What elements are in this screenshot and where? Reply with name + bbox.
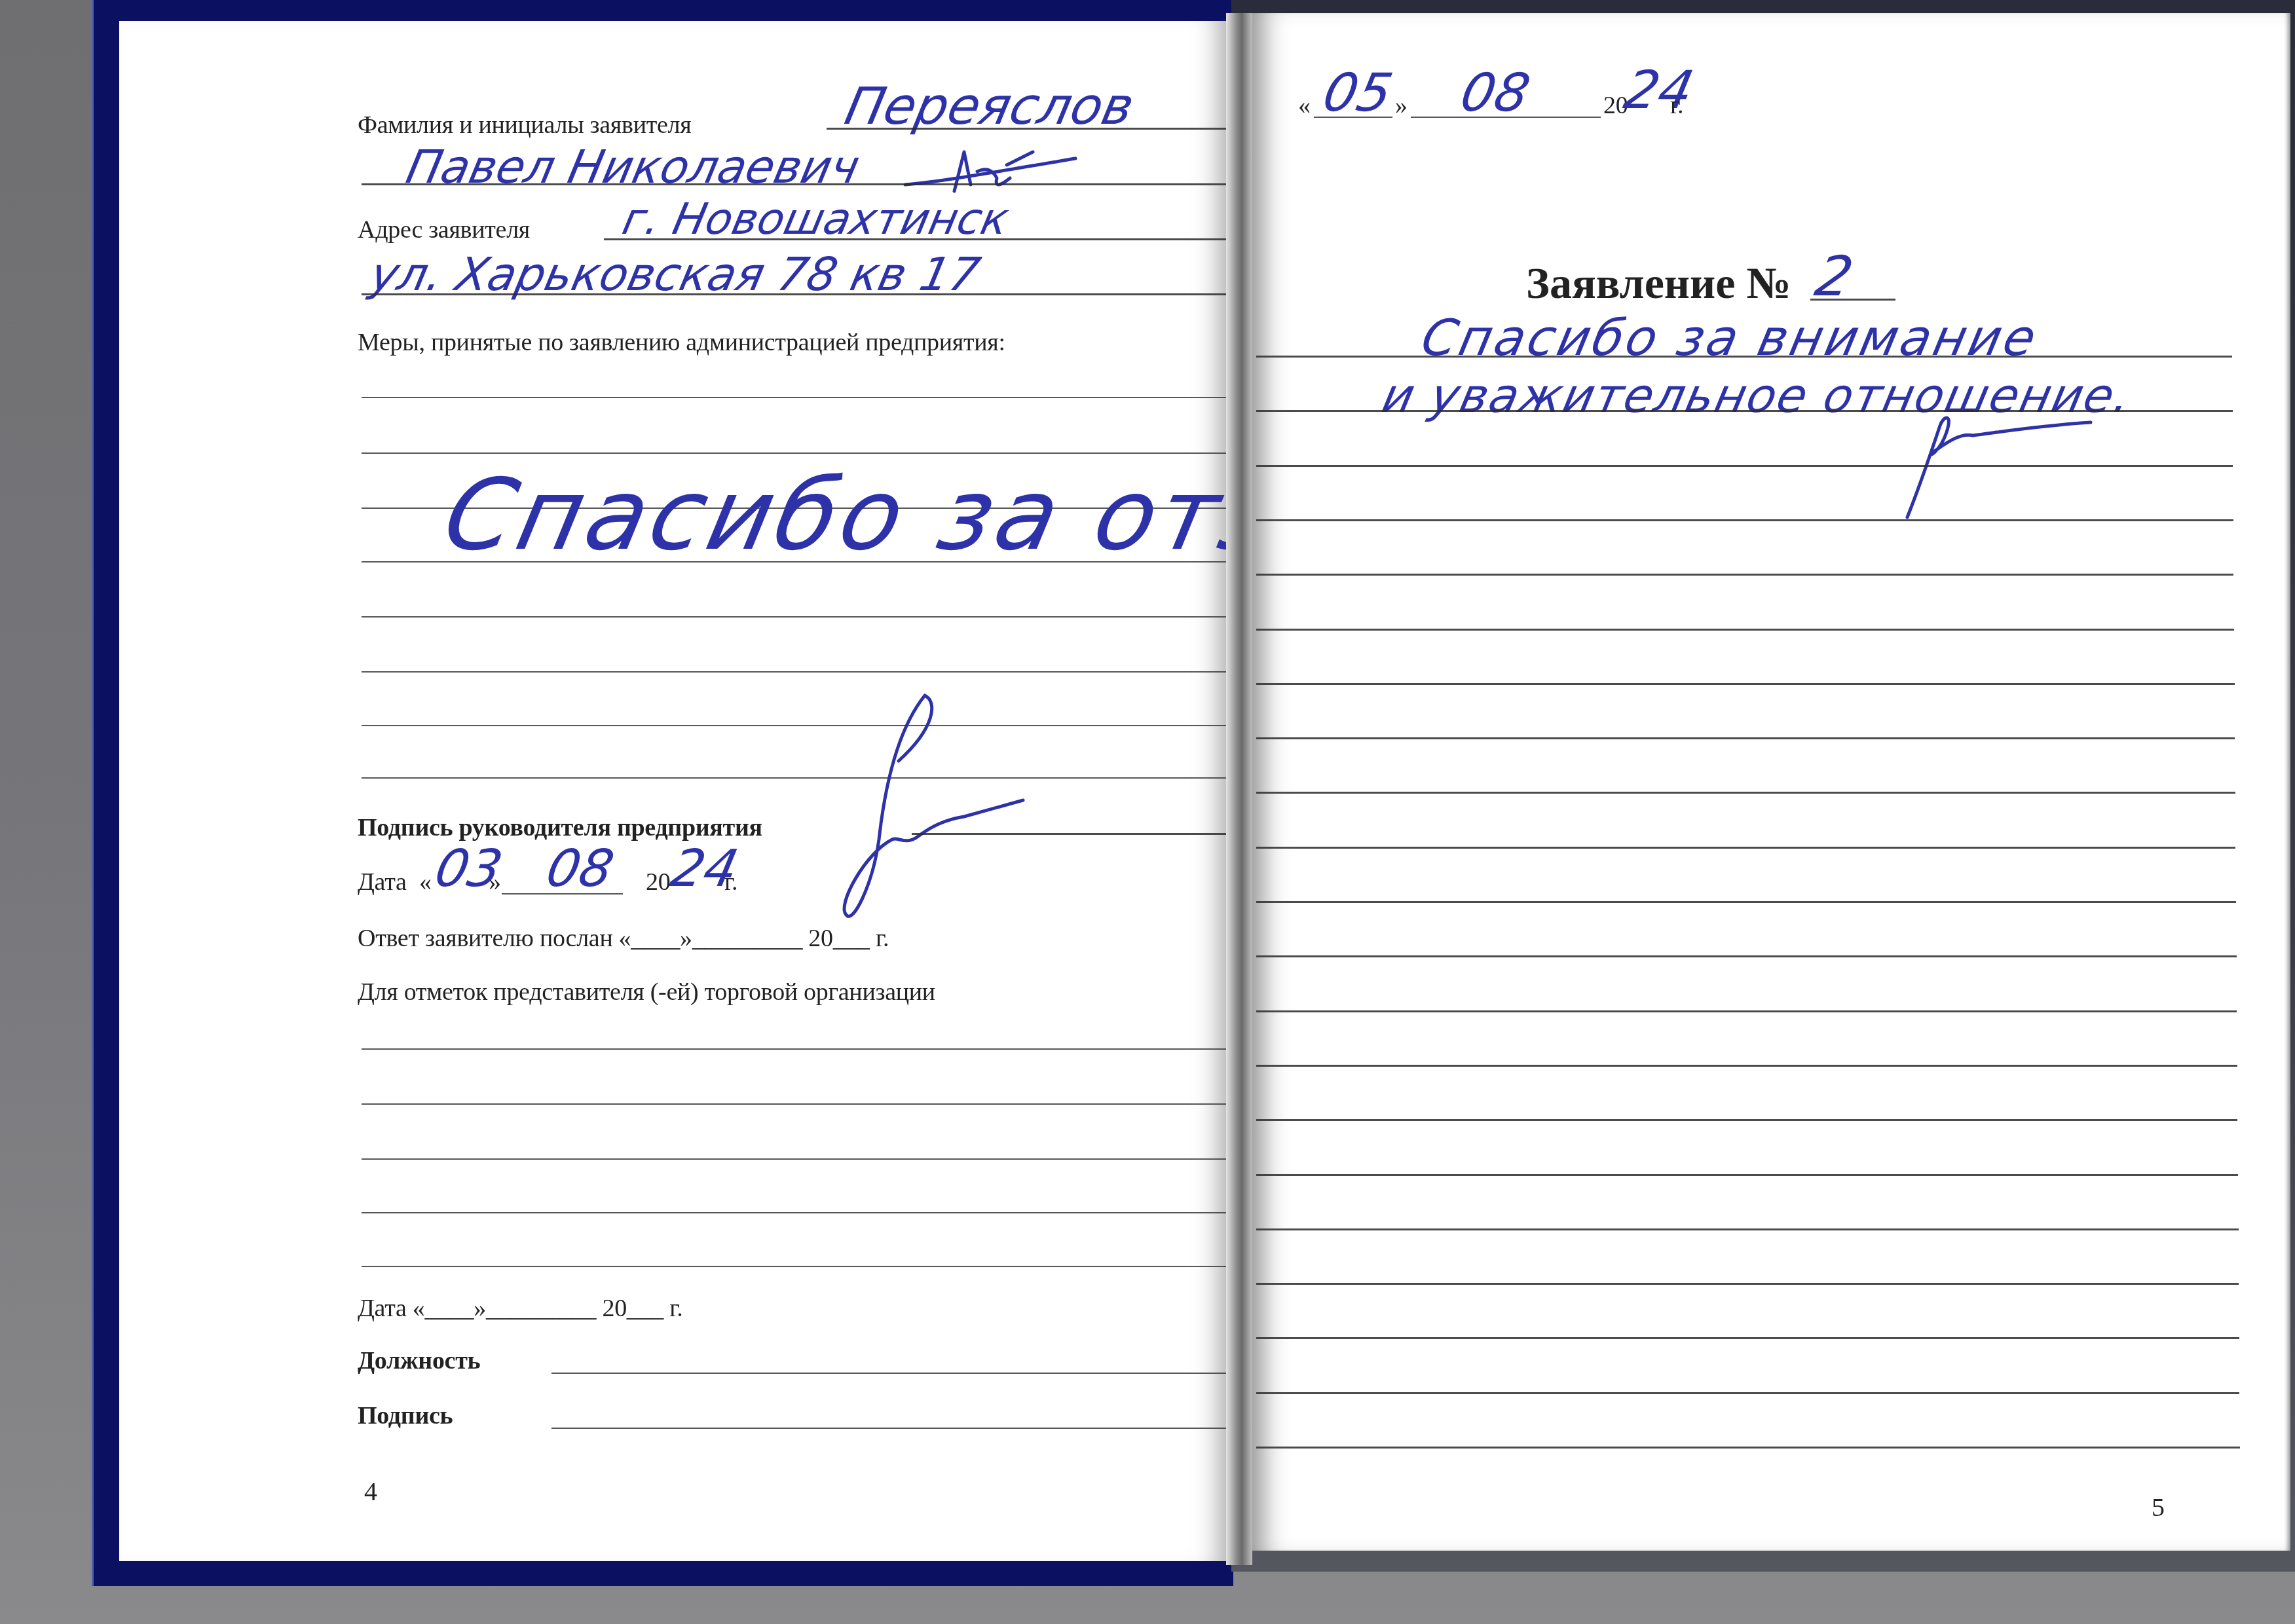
manager-signature [827,689,1036,931]
measures-rule-5 [362,616,1334,618]
book-spine-gutter [1226,13,1252,1565]
trade-date-label: Дата «____»_________ 20___ г. [358,1296,682,1321]
page-number-left: 4 [364,1479,377,1505]
reply-sent-label: Ответ заявителю послан «____»_________ 2… [358,926,889,951]
application-heading: Заявление № [1526,261,1791,305]
measures-rule-6 [362,671,1334,673]
applicant-name-rule-2 [362,183,1334,185]
trade-org-rule-4 [362,1212,1334,1213]
date-close-quote: » [489,870,501,895]
applicant-address-rule-2 [362,293,1334,295]
ruled-line [1256,792,2235,794]
applicant-city: г. Новошахтинск [619,198,1012,241]
page-number-right: 5 [2152,1494,2165,1521]
ruled-line [1256,1228,2239,1230]
measures-rule-1 [362,397,1334,398]
ruled-line [1256,1283,2239,1285]
applicant-address-rule [604,238,1334,240]
ruled-line [1256,465,2233,467]
manager-date-suffix: г. [724,870,737,895]
manager-date-month-rule [502,893,623,895]
trade-org-rule-1 [362,1048,1334,1050]
applicant-name-label: Фамилия и инициалы заявителя [358,113,691,138]
trade-org-rule-2 [362,1103,1334,1105]
ruled-line [1256,901,2236,903]
date-open-quote: « [1298,93,1311,118]
manager-signature-label: Подпись руководителя предприятия [358,815,762,840]
trade-org-rule-5 [362,1266,1334,1267]
applicant-surname: Переяслов [841,81,1138,132]
application-date-day: 05 [1318,67,1396,119]
ruled-line [1256,356,2232,358]
ruled-line [1256,1447,2240,1449]
applicant-address-label: Адрес заявителя [358,217,530,242]
ruled-line [1256,683,2235,685]
application-date-month: 08 [1456,67,1534,119]
ruled-line [1256,519,2233,521]
left-page: Фамилия и инициалы заявителя Переяслов П… [119,21,1226,1561]
applicant-street: ул. Харьковская 78 кв 17 [367,251,984,297]
application-date-year-suffix: 24 [1620,64,1698,117]
signature-label: Подпись [358,1403,453,1428]
position-rule [551,1373,1334,1374]
manager-date-label: Дата [358,870,407,895]
application-date-suffix: г. [1670,93,1683,118]
ruled-line [1256,1010,2237,1012]
ruled-line [1256,1119,2237,1121]
date-open-quote: « [419,870,432,895]
position-label: Должность [358,1348,480,1373]
ruled-line [1256,410,2233,412]
ruled-line [1256,574,2233,576]
ruled-line [1256,629,2234,631]
ruled-line [1256,955,2237,957]
application-number: 2 [1811,249,1857,304]
signature-rule [551,1428,1334,1429]
trade-org-label: Для отметок представителя (-ей) торговой… [358,980,935,1005]
right-page: « 05 » 08 20 24 г. Заявление № 2 Спасибо… [1252,13,2290,1551]
application-number-rule [1810,299,1895,301]
ruled-line [1256,1065,2237,1067]
ruled-line [1256,1337,2239,1339]
manager-date-month: 08 [542,843,618,895]
trade-org-rule-3 [362,1158,1334,1160]
measures-rule-2 [362,452,1334,454]
ruled-line [1256,847,2235,849]
measures-label: Меры, принятые по заявлению администраци… [358,330,1005,355]
ruled-line [1256,1392,2239,1394]
ruled-line [1256,1174,2238,1176]
ruled-line [1256,737,2235,739]
date-close-quote: » [1395,93,1408,118]
